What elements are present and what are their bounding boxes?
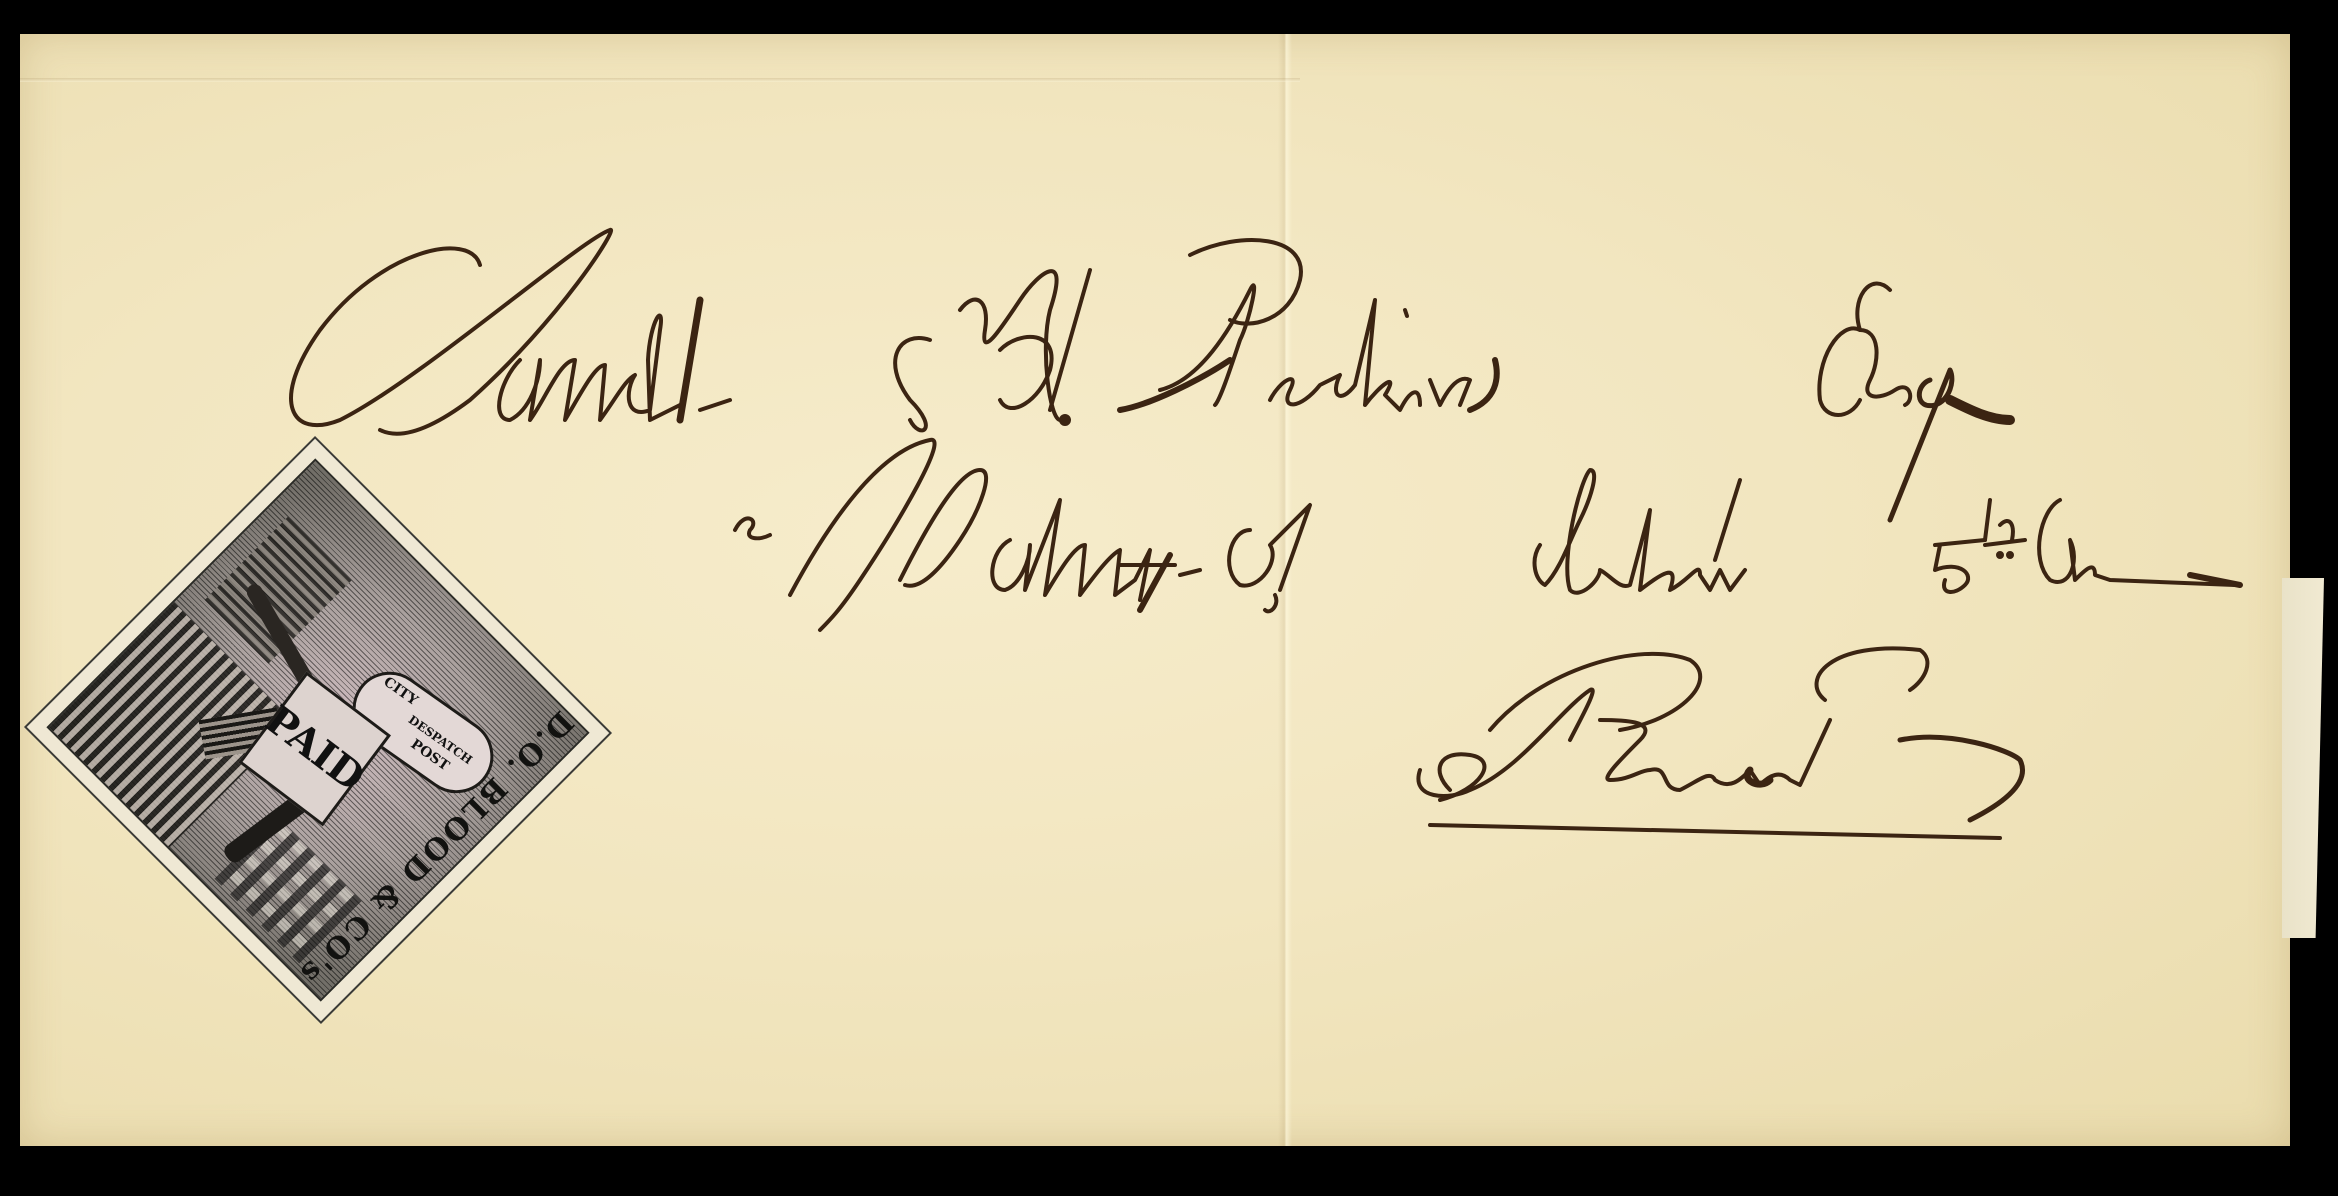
address-underline xyxy=(1430,825,2000,838)
address-line-3-strokes xyxy=(1418,648,2022,820)
address-line-2-strokes xyxy=(735,440,2240,630)
handwritten-address xyxy=(0,0,2338,1196)
address-line-1-strokes xyxy=(291,230,2010,520)
